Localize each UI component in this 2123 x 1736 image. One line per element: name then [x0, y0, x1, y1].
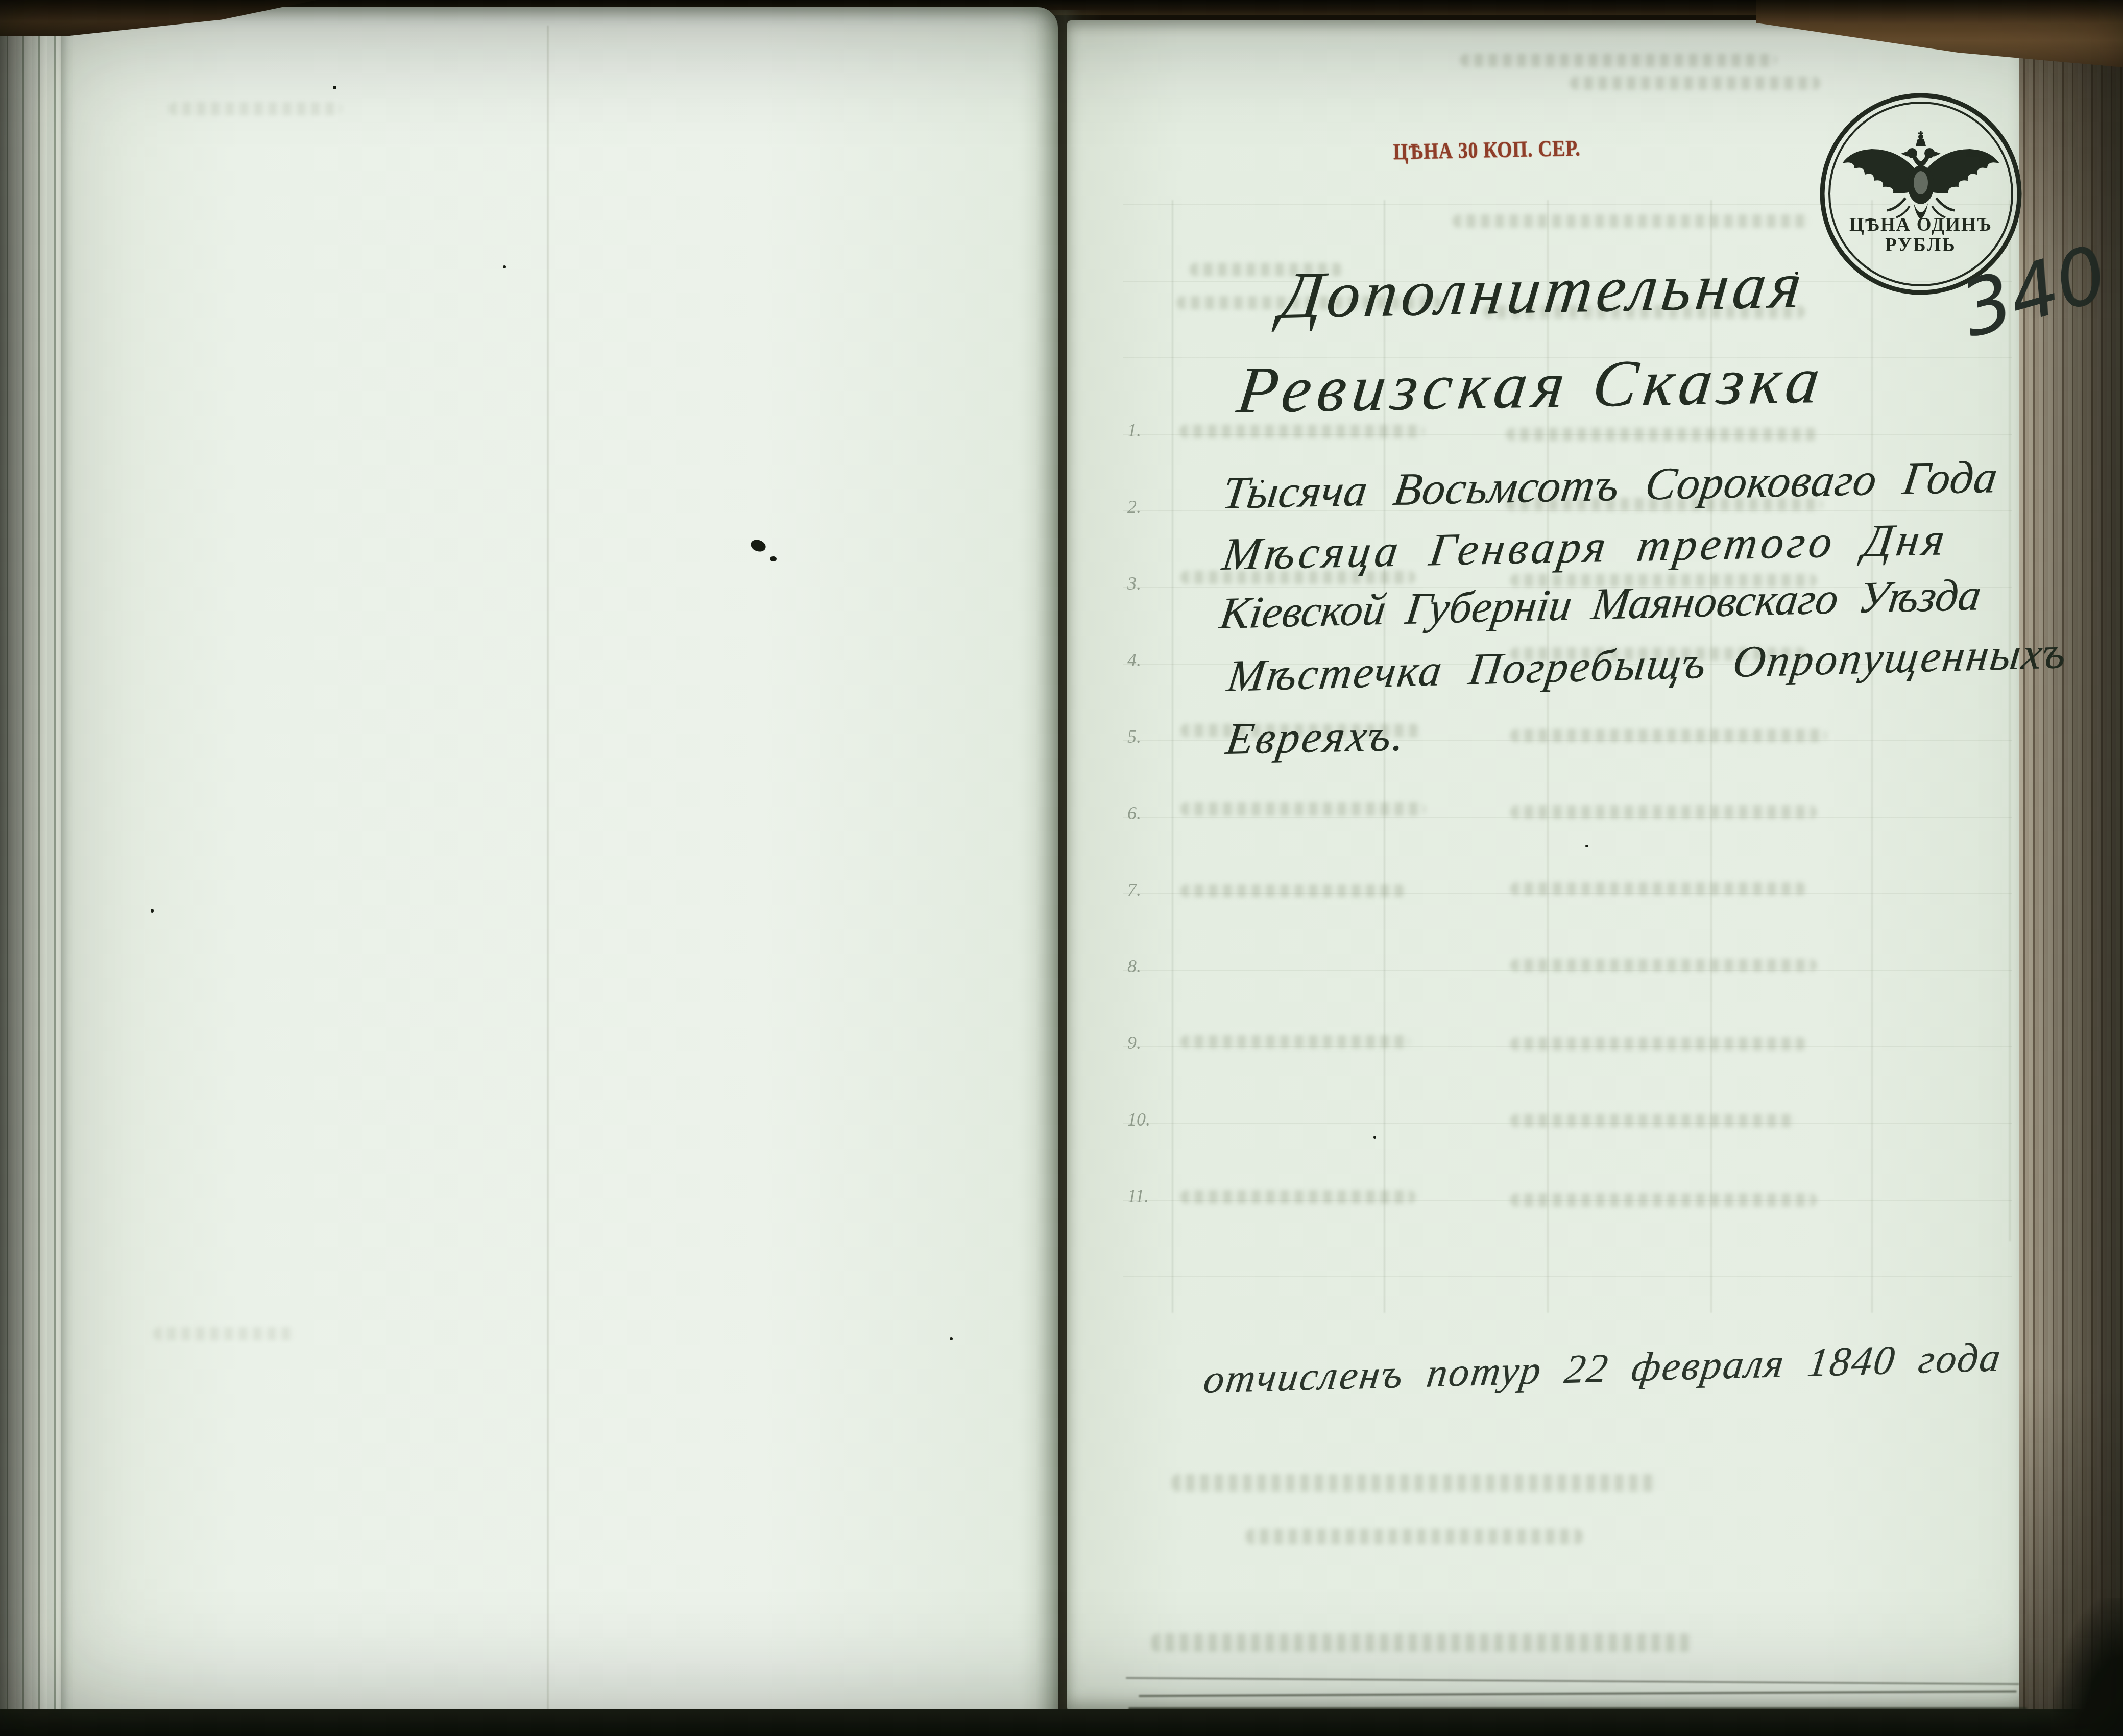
- row-number: 8.: [1127, 956, 1163, 977]
- table-bottom-strip: [0, 1709, 2123, 1736]
- ink-speck: [503, 265, 506, 268]
- showthrough-writing: [1510, 805, 1817, 819]
- showthrough-writing: [1460, 54, 1777, 67]
- price-stamp-red: ЦѢНА 30 КОП. СЕР.: [1393, 135, 1581, 165]
- ink-speck: [1373, 1136, 1376, 1139]
- showthrough-table-line: [2009, 200, 2011, 1241]
- ink-speck: [950, 1337, 953, 1340]
- showthrough-writing: [1180, 802, 1426, 816]
- showthrough-writing: [1510, 882, 1806, 895]
- row-number: 5.: [1127, 726, 1163, 747]
- row-number: 7.: [1127, 879, 1163, 900]
- showthrough-writing: [1570, 77, 1820, 90]
- showthrough-writing: [1246, 1529, 1583, 1544]
- showthrough-writing: [1510, 959, 1817, 972]
- showthrough-writing: [1510, 729, 1827, 742]
- showthrough-writing: [168, 102, 342, 115]
- ink-speck: [1795, 272, 1798, 275]
- dark-corner: [2053, 1598, 2123, 1736]
- showthrough-writing: [1180, 1190, 1415, 1204]
- showthrough-writing: [1510, 1193, 1817, 1207]
- stamp-text-line2: РУБЛЬ: [1885, 235, 1956, 256]
- title-line-1: Дополнительная: [1276, 247, 1810, 334]
- row-number: 9.: [1127, 1032, 1163, 1054]
- left-blank-page: [61, 7, 1058, 1732]
- showthrough-writing: [153, 1327, 296, 1340]
- showthrough-writing: [1180, 884, 1405, 897]
- ink-speck: [151, 909, 154, 913]
- showthrough-writing: [1180, 1035, 1410, 1048]
- showthrough-writing: [1453, 214, 1810, 228]
- showthrough-writing: [1510, 1037, 1806, 1050]
- stamp-text-line1: ЦѢНА ОДИНЪ: [1849, 214, 1992, 235]
- row-number: 1.: [1127, 420, 1163, 441]
- title-line-7: Евреяхъ.: [1223, 710, 1410, 765]
- left-page-fold-crease: [547, 26, 549, 1725]
- row-number: 11.: [1127, 1185, 1163, 1207]
- ink-speck: [1585, 845, 1588, 847]
- ink-speck: [770, 556, 777, 561]
- showthrough-writing: [1506, 428, 1818, 441]
- showthrough-table-line: [1871, 200, 1873, 1313]
- showthrough-writing: [1510, 1114, 1796, 1127]
- title-line-2: Ревизская Сказка: [1233, 342, 1830, 429]
- showthrough-table-line: [1172, 200, 1173, 1313]
- row-number: 10.: [1127, 1109, 1163, 1130]
- row-number: 2.: [1127, 496, 1163, 518]
- showthrough-writing: [1172, 1474, 1657, 1492]
- row-number: 6.: [1127, 802, 1163, 824]
- scanned-book-photo: 1. 2. 3. 4. 5. 6. 7. 8. 9. 10. 11. ЦѢНА …: [0, 0, 2123, 1736]
- row-number: 4.: [1127, 649, 1163, 671]
- ink-speck: [333, 86, 336, 89]
- double-headed-eagle-icon: [1842, 131, 1999, 219]
- row-number: 3.: [1127, 573, 1163, 594]
- ink-speck: [1261, 480, 1264, 483]
- showthrough-writing: [1151, 1633, 1693, 1652]
